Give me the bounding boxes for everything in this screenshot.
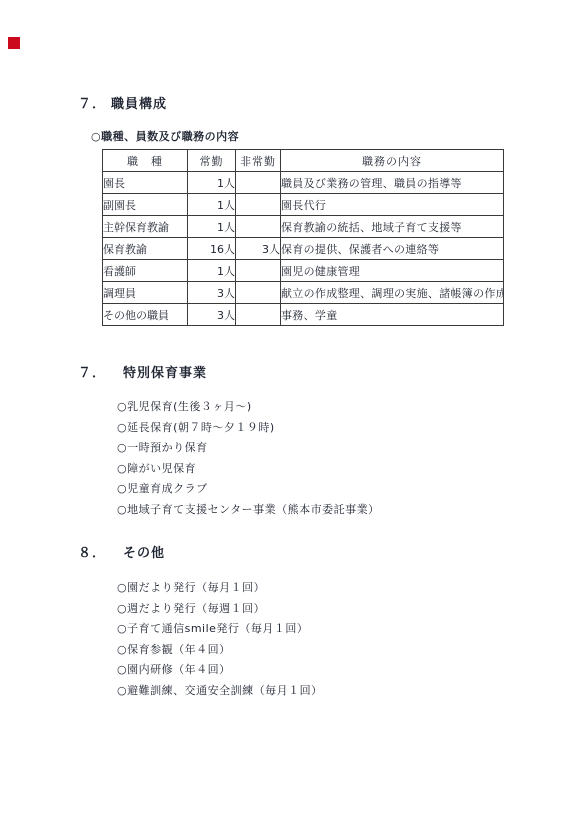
list-item: ○延長保育(朝７時～夕１９時) <box>117 418 380 439</box>
section-heading-staff: ７．職員構成 <box>78 93 167 112</box>
cell-duties: 保育の提供、保護者への連絡等 <box>281 238 504 260</box>
cell-duties: 園長代行 <box>281 194 504 216</box>
list-item: ○一時預かり保育 <box>117 438 380 459</box>
cell-fulltime: 3人 <box>188 304 236 326</box>
section-number: ７． <box>78 362 106 381</box>
cell-job-type: 看護師 <box>103 260 188 282</box>
section-number: ８． <box>78 542 106 561</box>
cell-job-type: その他の職員 <box>103 304 188 326</box>
cell-fulltime: 16人 <box>188 238 236 260</box>
cell-parttime <box>236 172 281 194</box>
list-item: ○週だより発行（毎週１回） <box>117 599 323 620</box>
cell-parttime: 3人 <box>236 238 281 260</box>
section-title: その他 <box>123 546 165 561</box>
cell-fulltime: 1人 <box>188 260 236 282</box>
cell-parttime <box>236 282 281 304</box>
cell-duties: 保育教諭の統括、地域子育て支援等 <box>281 216 504 238</box>
table-row: 調理員 3人 献立の作成整理、調理の実施、諸帳簿の作成 <box>103 282 504 304</box>
staff-composition-table: 職 種 常勤 非常勤 職務の内容 園長 1人 職員及び業務の管理、職員の指導等 … <box>102 149 504 326</box>
cell-job-type: 園長 <box>103 172 188 194</box>
cell-parttime <box>236 260 281 282</box>
list-item: ○避難訓練、交通安全訓練（毎月１回） <box>117 681 323 702</box>
list-item: ○園だより発行（毎月１回） <box>117 578 323 599</box>
section-heading-special-care: ７．特別保育事業 <box>78 362 207 381</box>
table-header-row: 職 種 常勤 非常勤 職務の内容 <box>103 150 504 172</box>
cell-fulltime: 1人 <box>188 194 236 216</box>
list-item: ○児童育成クラブ <box>117 479 380 500</box>
section-number: ７． <box>78 93 106 112</box>
header-cell-job-type: 職 種 <box>103 150 188 172</box>
table-row: 主幹保育教諭 1人 保育教諭の統括、地域子育て支援等 <box>103 216 504 238</box>
cell-parttime <box>236 216 281 238</box>
list-item: ○園内研修（年４回） <box>117 660 323 681</box>
cell-duties: 献立の作成整理、調理の実施、諸帳簿の作成 <box>281 282 504 304</box>
cell-duties: 職員及び業務の管理、職員の指導等 <box>281 172 504 194</box>
cell-job-type: 副園長 <box>103 194 188 216</box>
red-square-marker-icon <box>8 37 20 49</box>
table-row: 園長 1人 職員及び業務の管理、職員の指導等 <box>103 172 504 194</box>
cell-duties: 園児の健康管理 <box>281 260 504 282</box>
cell-fulltime: 1人 <box>188 172 236 194</box>
header-cell-duties: 職務の内容 <box>281 150 504 172</box>
cell-job-type: 調理員 <box>103 282 188 304</box>
cell-fulltime: 3人 <box>188 282 236 304</box>
list-item: ○保育参観（年４回） <box>117 640 323 661</box>
cell-fulltime: 1人 <box>188 216 236 238</box>
special-care-item-list: ○乳児保育(生後３ヶ月～) ○延長保育(朝７時～夕１９時) ○一時預かり保育 ○… <box>117 397 380 520</box>
section-title: 職員構成 <box>111 97 167 112</box>
cell-job-type: 主幹保育教諭 <box>103 216 188 238</box>
other-item-list: ○園だより発行（毎月１回） ○週だより発行（毎週１回） ○子育て通信smile発… <box>117 578 323 701</box>
cell-parttime <box>236 304 281 326</box>
cell-duties: 事務、学童 <box>281 304 504 326</box>
section-title: 特別保育事業 <box>123 366 207 381</box>
staff-table-subtitle: ○職種、員数及び職務の内容 <box>91 128 239 144</box>
list-item: ○地域子育て支援センター事業（熊本市委託事業） <box>117 500 380 521</box>
cell-job-type: 保育教諭 <box>103 238 188 260</box>
cell-parttime <box>236 194 281 216</box>
table-row: その他の職員 3人 事務、学童 <box>103 304 504 326</box>
section-heading-other: ８．その他 <box>78 542 165 561</box>
table-row: 保育教諭 16人 3人 保育の提供、保護者への連絡等 <box>103 238 504 260</box>
list-item: ○乳児保育(生後３ヶ月～) <box>117 397 380 418</box>
header-cell-parttime: 非常勤 <box>236 150 281 172</box>
table-row: 副園長 1人 園長代行 <box>103 194 504 216</box>
document-page: { "marker": { "color": "#cc0a1e" }, "doc… <box>0 0 582 828</box>
list-item: ○障がい児保育 <box>117 459 380 480</box>
header-cell-fulltime: 常勤 <box>188 150 236 172</box>
list-item: ○子育て通信smile発行（毎月１回） <box>117 619 323 640</box>
table-row: 看護師 1人 園児の健康管理 <box>103 260 504 282</box>
